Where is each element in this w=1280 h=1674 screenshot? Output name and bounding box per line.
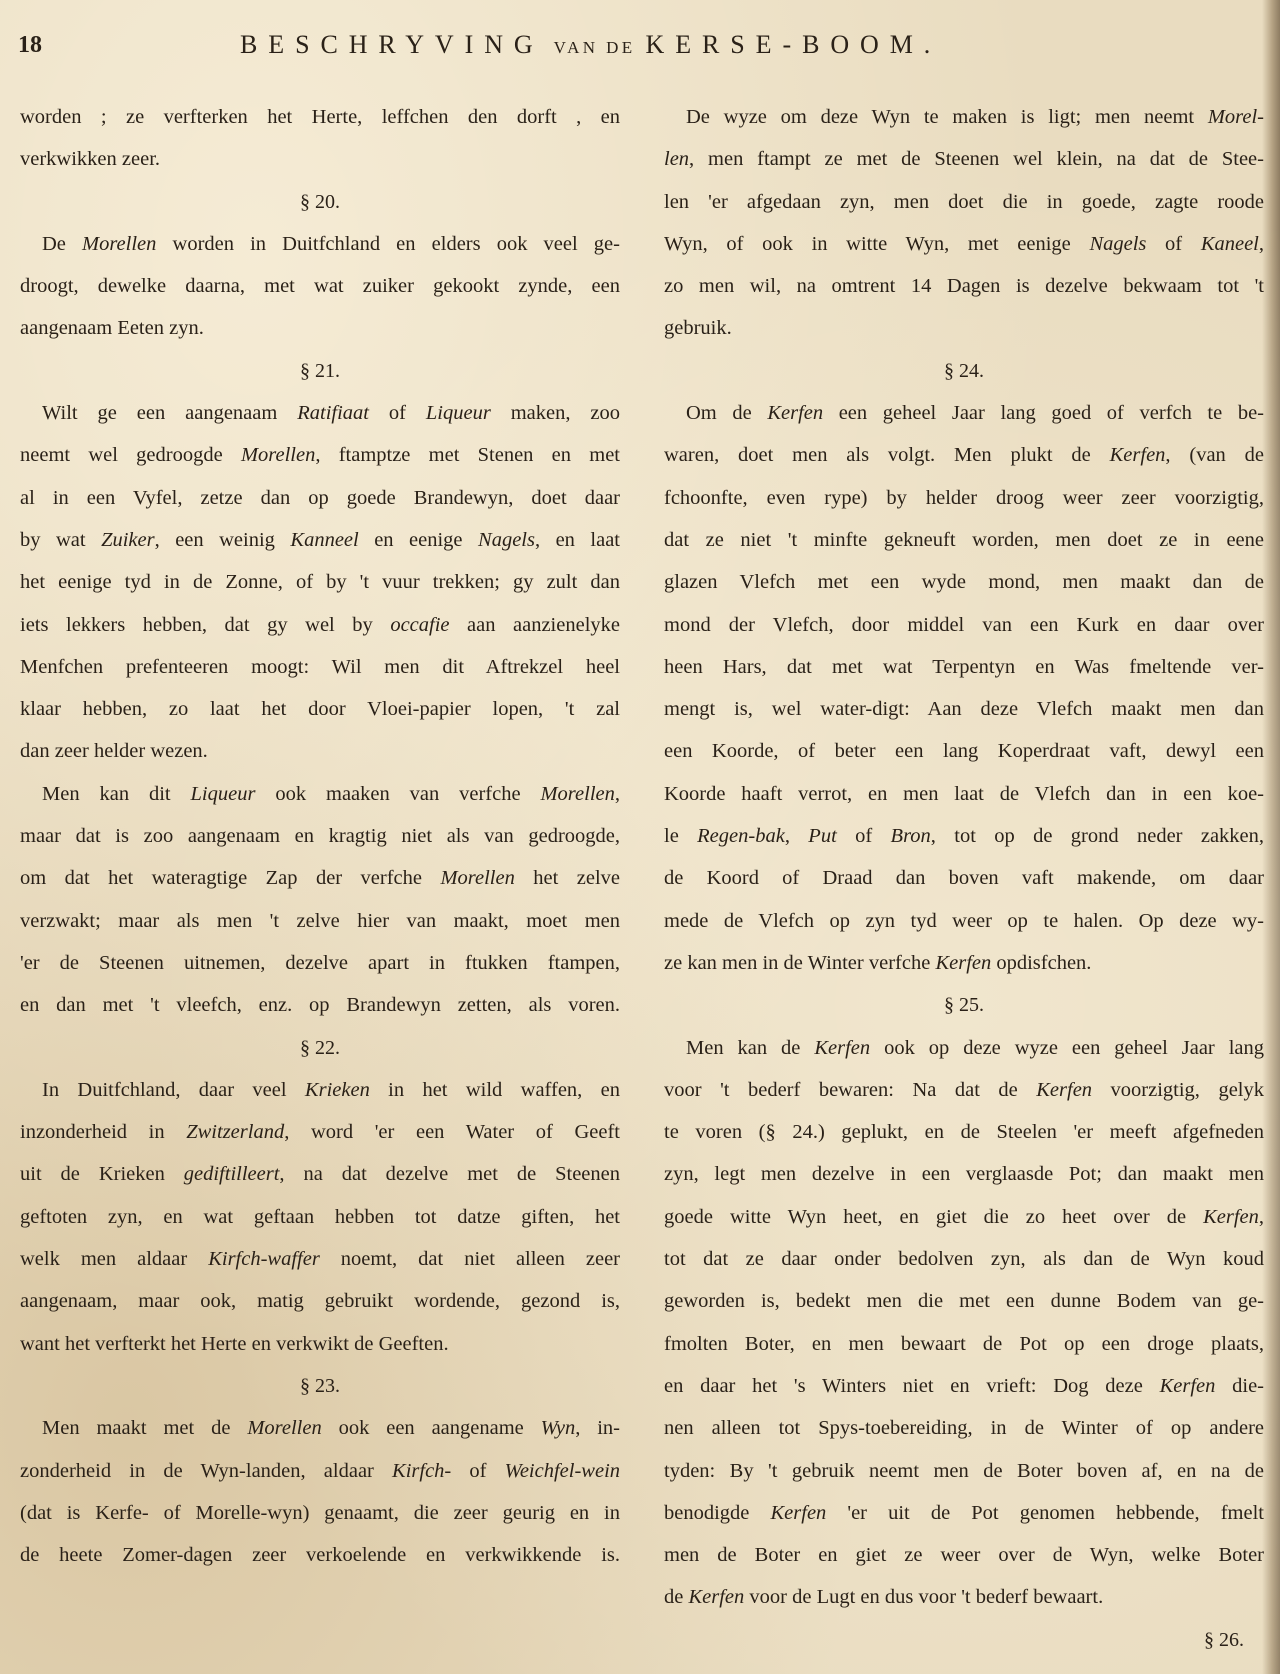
italic-term: Kerfen — [1203, 1206, 1259, 1228]
text-segment: de — [664, 1586, 688, 1608]
text-line: verkwikken zeer. — [20, 138, 620, 180]
text-segment: heen Hars, dat met wat Terpentyn en Was … — [664, 656, 1264, 678]
text-line: dat ze niet 't minfte gekneuft worden, m… — [664, 519, 1264, 561]
text-line: worden ; ze verfterken het Herte, leffch… — [20, 96, 620, 138]
text-line: mengt is, wel water-digt: Aan deze Vlefc… — [664, 688, 1264, 730]
text-line: zo men wil, na omtrent 14 Dagen is dezel… — [664, 265, 1264, 307]
page-header: 18 BESCHRYVINGVAN DEKERSE-BOOM. — [0, 30, 1280, 70]
text-segment: , een weinig — [155, 529, 291, 551]
italic-term: Zwitzerland — [186, 1121, 284, 1143]
text-segment: De — [42, 233, 82, 255]
text-segment: noemt, dat niet alleen zeer — [320, 1248, 620, 1270]
text-line: om dat het wateragtige Zap der verfche M… — [20, 857, 620, 899]
text-segment: om dat het wateragtige Zap der verfche — [20, 867, 440, 889]
text-segment: § 23. — [300, 1375, 340, 1397]
text-segment: Men kan de — [686, 1037, 814, 1059]
text-line: fmolten Boter, en men bewaart de Pot op … — [664, 1323, 1264, 1365]
italic-term: Morel- — [1208, 106, 1264, 128]
text-segment: 'er de Steenen uitnemen, dezelve apart i… — [20, 952, 620, 974]
text-segment: een Koorde, of beter een lang Koperdraat… — [664, 740, 1264, 762]
italic-term: Morellen — [247, 1417, 321, 1439]
text-segment: , men ftampt ze met de Steenen wel klein… — [689, 148, 1264, 170]
text-segment: In Duitfchland, daar veel — [42, 1079, 305, 1101]
text-segment: gebruik. — [664, 317, 732, 339]
section-heading: § 25. — [664, 984, 1264, 1026]
text-line: Menfchen prefenteeren moogt: Wil men dit… — [20, 646, 620, 688]
text-segment: waren, doet men als volgt. Men plukt de — [664, 444, 1110, 466]
text-segment: maken, zoo — [491, 402, 620, 424]
text-segment: men de Boter en giet ze weer over de Wyn… — [664, 1544, 1264, 1566]
text-line: men de Boter en giet ze weer over de Wyn… — [664, 1534, 1264, 1576]
text-line: mond der Vlefch, door middel van een Kur… — [664, 604, 1264, 646]
italic-term: Kaneel — [1201, 233, 1259, 255]
text-segment: mengt is, wel water-digt: Aan deze Vlefc… — [664, 698, 1264, 720]
text-segment: tot dat ze daar onder bedolven zyn, als … — [664, 1248, 1264, 1270]
text-line: De Morellen worden in Duitfchland en eld… — [20, 223, 620, 265]
text-segment: worden in Duitfchland en elders ook veel… — [156, 233, 620, 255]
text-segment: (dat is Kerfe- of Morelle-wyn) genaamt, … — [20, 1502, 620, 1524]
section-heading: § 23. — [20, 1365, 620, 1407]
page-number: 18 — [18, 32, 42, 59]
italic-term: Morellen — [82, 233, 156, 255]
italic-term: occafie — [390, 614, 449, 636]
text-line: ze kan men in de Winter verfche Kerfen o… — [664, 942, 1264, 984]
text-segment: fmolten Boter, en men bewaart de Pot op … — [664, 1333, 1264, 1355]
italic-term: Kerfen — [767, 402, 823, 424]
text-segment: Koorde haaft verrot, en men laat de Vlef… — [664, 783, 1264, 805]
italic-term: Morellen — [540, 783, 614, 805]
text-segment: zo men wil, na omtrent 14 Dagen is dezel… — [664, 275, 1264, 297]
italic-term: len — [664, 148, 689, 170]
text-segment: , — [1259, 1206, 1264, 1228]
text-line: Wilt ge een aangenaam Ratifiaat of Lique… — [20, 392, 620, 434]
text-segment: ook een aangename — [322, 1417, 541, 1439]
italic-term: Morellen — [241, 444, 315, 466]
text-segment: verzwakt; maar als men 't zelve hier van… — [20, 910, 620, 932]
text-segment: tyden: By 't gebruik neemt men de Boter … — [664, 1460, 1264, 1482]
text-line: te voren (§ 24.) geplukt, en de Steelen … — [664, 1111, 1264, 1153]
text-segment: te voren (§ 24.) geplukt, en de Steelen … — [664, 1121, 1264, 1143]
text-line: tot dat ze daar onder bedolven zyn, als … — [664, 1238, 1264, 1280]
text-segment: opdisfchen. — [991, 952, 1091, 974]
text-line: Men maakt met de Morellen ook een aangen… — [20, 1407, 620, 1449]
italic-term: Kerfen — [814, 1037, 870, 1059]
text-segment: verkwikken zeer. — [20, 148, 160, 170]
text-segment: Men maakt met de — [42, 1417, 247, 1439]
text-segment: worden ; ze verfterken het Herte, leffch… — [20, 106, 620, 128]
text-line: geworden is, bedekt men die met een dunn… — [664, 1280, 1264, 1322]
running-title-small: VAN DE — [554, 38, 636, 57]
text-line: het eenige tyd in de Zonne, of by 't vuu… — [20, 561, 620, 603]
italic-term: Kerfen — [688, 1586, 744, 1608]
right-text-column: De wyze om deze Wyn te maken is ligt; me… — [664, 96, 1264, 1661]
text-line: al in een Vyfel, zetze dan op goede Bran… — [20, 477, 620, 519]
text-line: klaar hebben, zo laat het door Vloei-pap… — [20, 688, 620, 730]
italic-term: Kerfen — [771, 1502, 827, 1524]
italic-term: Krieken — [305, 1079, 370, 1101]
text-segment: mond der Vlefch, door middel van een Kur… — [664, 614, 1264, 636]
text-segment: dat ze niet 't minfte gekneuft worden, m… — [664, 529, 1264, 551]
text-line: de heete Zomer-dagen zeer verkoelende en… — [20, 1534, 620, 1576]
text-segment: benodigde — [664, 1502, 771, 1524]
text-segment: § 24. — [944, 360, 984, 382]
text-segment: en dan met 't vleefch, enz. op Brandewyn… — [20, 994, 620, 1016]
running-title: BESCHRYVINGVAN DEKERSE-BOOM. — [240, 30, 1140, 60]
text-segment: , word 'er een Water of Geeft — [284, 1121, 620, 1143]
text-line: uit de Krieken gediftilleert, na dat dez… — [20, 1153, 620, 1195]
text-segment: by wat — [20, 529, 101, 551]
text-line: gebruik. — [664, 307, 1264, 349]
italic-term: Bron — [891, 825, 931, 847]
text-segment: geworden is, bedekt men die met een dunn… — [664, 1290, 1264, 1312]
left-text-column: worden ; ze verfterken het Herte, leffch… — [20, 96, 620, 1576]
text-segment: aangenaam Eeten zyn. — [20, 317, 204, 339]
running-title-main: BESCHRYVING — [240, 30, 544, 59]
text-line: waren, doet men als volgt. Men plukt de … — [664, 434, 1264, 476]
italic-term: Liqueur — [191, 783, 256, 805]
text-segment: § 25. — [944, 994, 984, 1016]
text-segment: of — [837, 825, 891, 847]
text-segment: , tot op de grond neder zakken, — [931, 825, 1264, 847]
text-segment: het eenige tyd in de Zonne, of by 't vuu… — [20, 571, 620, 593]
text-segment: Wyn, of ook in witte Wyn, met eenige — [664, 233, 1089, 255]
text-line: de Kerfen voor de Lugt en dus voor 't be… — [664, 1576, 1264, 1618]
text-line: droogt, dewelke daarna, met wat zuiker g… — [20, 265, 620, 307]
text-segment: glazen Vlefch met een wyde mond, men maa… — [664, 571, 1264, 593]
text-line: aangenaam Eeten zyn. — [20, 307, 620, 349]
italic-term: Kerfen — [1160, 1375, 1216, 1397]
text-segment: in het wild waffen, en — [370, 1079, 620, 1101]
text-segment: geftoten zyn, en wat geftaan hebben tot … — [20, 1206, 620, 1228]
text-line: iets lekkers hebben, dat gy wel by occaf… — [20, 604, 620, 646]
text-segment: Menfchen prefenteeren moogt: Wil men dit… — [20, 656, 620, 678]
text-segment: en eenige — [359, 529, 478, 551]
text-line: 'er de Steenen uitnemen, dezelve apart i… — [20, 942, 620, 984]
text-segment: neemt wel gedroogde — [20, 444, 241, 466]
text-line: nen alleen tot Spys-toebereiding, in de … — [664, 1407, 1264, 1449]
italic-term: Kanneel — [290, 529, 358, 551]
text-line: want het verfterkt het Herte en verkwikt… — [20, 1323, 620, 1365]
text-line: fchoonfte, even rype) by helder droog we… — [664, 477, 1264, 519]
text-line: goede witte Wyn heet, en giet die zo hee… — [664, 1196, 1264, 1238]
italic-term: Ratifiaat — [297, 402, 369, 424]
text-segment: § 22. — [300, 1037, 340, 1059]
text-segment: al in een Vyfel, zetze dan op goede Bran… — [20, 487, 620, 509]
italic-term: Morellen — [440, 867, 514, 889]
text-line: een Koorde, of beter een lang Koperdraat… — [664, 730, 1264, 772]
running-title-subject: KERSE-BOOM. — [646, 30, 942, 59]
text-segment: nen alleen tot Spys-toebereiding, in de … — [664, 1417, 1264, 1439]
text-line: Men kan de Kerfen ook op deze wyze een g… — [664, 1027, 1264, 1069]
text-segment: § 21. — [300, 360, 340, 382]
italic-term: gediftilleert — [184, 1163, 280, 1185]
text-line: len, men ftampt ze met de Steenen wel kl… — [664, 138, 1264, 180]
text-segment: Om de — [686, 402, 767, 424]
text-segment: De wyze om deze Wyn te maken is ligt; me… — [686, 106, 1208, 128]
text-line: Koorde haaft verrot, en men laat de Vlef… — [664, 773, 1264, 815]
text-segment: ook maaken van verfche — [255, 783, 540, 805]
italic-term: Regen-bak — [697, 825, 785, 847]
book-page: 18 BESCHRYVINGVAN DEKERSE-BOOM. worden ;… — [0, 0, 1280, 1674]
text-segment: mede de Vlefch op zyn tyd weer op te hal… — [664, 910, 1264, 932]
text-segment: , en laat — [535, 529, 620, 551]
text-segment: of — [451, 1460, 504, 1482]
italic-term: Kerfen — [935, 952, 991, 974]
section-heading: § 20. — [20, 181, 620, 223]
text-segment: de heete Zomer-dagen zeer verkoelende en… — [20, 1544, 620, 1566]
text-segment: , (van de — [1165, 444, 1264, 466]
text-segment: de Koord of Draad dan boven vaft makende… — [664, 867, 1264, 889]
text-line: verzwakt; maar als men 't zelve hier van… — [20, 900, 620, 942]
italic-term: Nagels — [478, 529, 535, 551]
text-line: Men kan dit Liqueur ook maaken van verfc… — [20, 773, 620, 815]
text-line: De wyze om deze Wyn te maken is ligt; me… — [664, 96, 1264, 138]
text-segment: le — [664, 825, 697, 847]
text-line: en dan met 't vleefch, enz. op Brandewyn… — [20, 984, 620, 1026]
text-segment: § 20. — [300, 191, 340, 213]
text-segment: inzonderheid in — [20, 1121, 186, 1143]
text-segment: een geheel Jaar lang goed of verfch te b… — [823, 402, 1264, 424]
text-line: mede de Vlefch op zyn tyd weer op te hal… — [664, 900, 1264, 942]
italic-term: Kirfch- — [392, 1460, 451, 1482]
text-line: by wat Zuiker, een weinig Kanneel en een… — [20, 519, 620, 561]
text-line: maar dat is zoo aangenaam en kragtig nie… — [20, 815, 620, 857]
italic-term: Put — [808, 825, 836, 847]
text-line: de Koord of Draad dan boven vaft makende… — [664, 857, 1264, 899]
text-line: glazen Vlefch met een wyde mond, men maa… — [664, 561, 1264, 603]
text-segment: klaar hebben, zo laat het door Vloei-pap… — [20, 698, 620, 720]
text-segment: goede witte Wyn heet, en giet die zo hee… — [664, 1206, 1203, 1228]
section-heading: § 24. — [664, 350, 1264, 392]
text-segment: het zelve — [515, 867, 620, 889]
text-line: Wyn, of ook in witte Wyn, met eenige Nag… — [664, 223, 1264, 265]
text-line: In Duitfchland, daar veel Krieken in het… — [20, 1069, 620, 1111]
text-line: geftoten zyn, en wat geftaan hebben tot … — [20, 1196, 620, 1238]
text-segment: , na dat dezelve met de Steenen — [279, 1163, 620, 1185]
text-line: tyden: By 't gebruik neemt men de Boter … — [664, 1450, 1264, 1492]
section-heading: § 21. — [20, 350, 620, 392]
text-segment: zonderheid in de Wyn-landen, aldaar — [20, 1460, 392, 1482]
italic-term: Wyn — [541, 1417, 576, 1439]
text-segment: fchoonfte, even rype) by helder droog we… — [664, 487, 1264, 509]
section-heading: § 26. — [664, 1619, 1264, 1661]
text-segment: ook op deze wyze een geheel Jaar lang — [870, 1037, 1264, 1059]
text-segment: en daar het 's Winters niet en vrieft: D… — [664, 1375, 1160, 1397]
text-line: en daar het 's Winters niet en vrieft: D… — [664, 1365, 1264, 1407]
text-line: welk men aldaar Kirfch-waffer noemt, dat… — [20, 1238, 620, 1280]
text-segment: aangenaam, maar ook, matig gebruikt word… — [20, 1290, 620, 1312]
text-segment: maar dat is zoo aangenaam en kragtig nie… — [20, 825, 620, 847]
text-segment: § 26. — [1204, 1629, 1244, 1651]
text-segment: voor de Lugt en dus voor 't bederf bewaa… — [744, 1586, 1103, 1608]
text-line: zyn, legt men dezelve in een verglaasde … — [664, 1153, 1264, 1195]
text-segment: iets lekkers hebben, dat gy wel by — [20, 614, 390, 636]
text-segment: of — [369, 402, 426, 424]
text-line: len 'er afgedaan zyn, men doet die in go… — [664, 181, 1264, 223]
text-segment: 'er uit de Pot genomen hebbende, fmelt — [826, 1502, 1264, 1524]
text-segment: ze kan men in de Winter verfche — [664, 952, 935, 974]
text-line: (dat is Kerfe- of Morelle-wyn) genaamt, … — [20, 1492, 620, 1534]
italic-term: Kerfen — [1036, 1079, 1092, 1101]
text-line: benodigde Kerfen 'er uit de Pot genomen … — [664, 1492, 1264, 1534]
italic-term: Kirfch-waffer — [208, 1248, 320, 1270]
text-segment: dan zeer helder wezen. — [20, 740, 208, 762]
italic-term: Liqueur — [426, 402, 491, 424]
text-segment: zyn, legt men dezelve in een verglaasde … — [664, 1163, 1264, 1185]
text-segment: want het verfterkt het Herte en verkwikt… — [20, 1333, 449, 1355]
text-segment: voorzigtig, gelyk — [1092, 1079, 1264, 1101]
italic-term: Zuiker — [101, 529, 155, 551]
text-segment: welk men aldaar — [20, 1248, 208, 1270]
text-segment: aan aanzienelyke — [450, 614, 620, 636]
text-line: neemt wel gedroogde Morellen, ftamptze m… — [20, 434, 620, 476]
text-segment: Wilt ge een aangenaam — [42, 402, 297, 424]
text-segment: len 'er afgedaan zyn, men doet die in go… — [664, 191, 1264, 213]
section-heading: § 22. — [20, 1027, 620, 1069]
italic-term: Weichfel-wein — [505, 1460, 620, 1482]
text-line: inzonderheid in Zwitzerland, word 'er ee… — [20, 1111, 620, 1153]
text-line: heen Hars, dat met wat Terpentyn en Was … — [664, 646, 1264, 688]
text-line: zonderheid in de Wyn-landen, aldaar Kirf… — [20, 1450, 620, 1492]
text-line: le Regen-bak, Put of Bron, tot op de gro… — [664, 815, 1264, 857]
text-segment: Men kan dit — [42, 783, 191, 805]
text-segment: , in- — [575, 1417, 620, 1439]
text-segment: of — [1146, 233, 1200, 255]
text-segment: , — [785, 825, 808, 847]
text-line: aangenaam, maar ook, matig gebruikt word… — [20, 1280, 620, 1322]
text-line: Om de Kerfen een geheel Jaar lang goed o… — [664, 392, 1264, 434]
text-segment: , — [615, 783, 620, 805]
italic-term: Kerfen — [1110, 444, 1166, 466]
text-segment: , — [1259, 233, 1264, 255]
text-segment: uit de Krieken — [20, 1163, 184, 1185]
text-segment: die- — [1215, 1375, 1264, 1397]
text-segment: droogt, dewelke daarna, met wat zuiker g… — [20, 275, 620, 297]
italic-term: Nagels — [1089, 233, 1146, 255]
text-segment: , ftamptze met Stenen en met — [315, 444, 620, 466]
text-line: dan zeer helder wezen. — [20, 730, 620, 772]
text-segment: voor 't bederf bewaren: Na dat de — [664, 1079, 1036, 1101]
text-line: voor 't bederf bewaren: Na dat de Kerfen… — [664, 1069, 1264, 1111]
